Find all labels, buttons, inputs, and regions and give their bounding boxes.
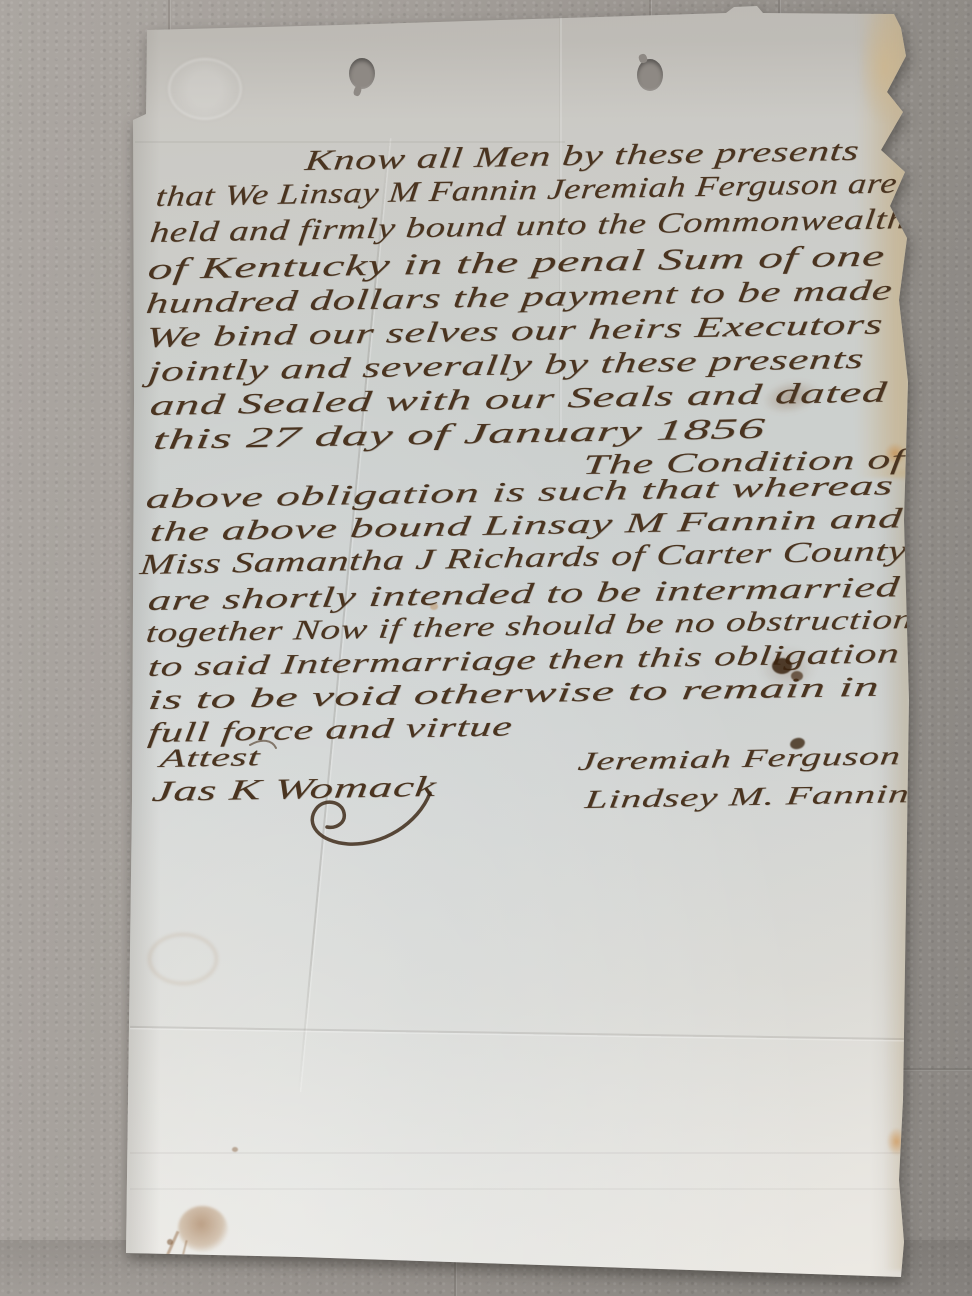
bond-paper: Know all Men by these presentsthat We Li… xyxy=(0,0,972,1296)
signature-lindsey-fannin: Lindsey M. Fannin xyxy=(584,781,911,813)
punch-hole-right xyxy=(637,59,663,91)
ink-blot xyxy=(772,658,792,674)
photo-scene: Know all Men by these presentsthat We Li… xyxy=(0,0,972,1296)
handwritten-text: Know all Men by these presentsthat We Li… xyxy=(0,0,972,1296)
ink-blot xyxy=(791,671,803,681)
signature-jeremiah-ferguson: Jeremiah Ferguson xyxy=(577,743,902,775)
punch-hole-left xyxy=(349,58,375,89)
document-photo: Know all Men by these presentsthat We Li… xyxy=(0,0,972,1296)
signature-witness-jas-womack: Jas K Womack xyxy=(150,773,437,807)
attest-label: Attest xyxy=(159,744,262,772)
